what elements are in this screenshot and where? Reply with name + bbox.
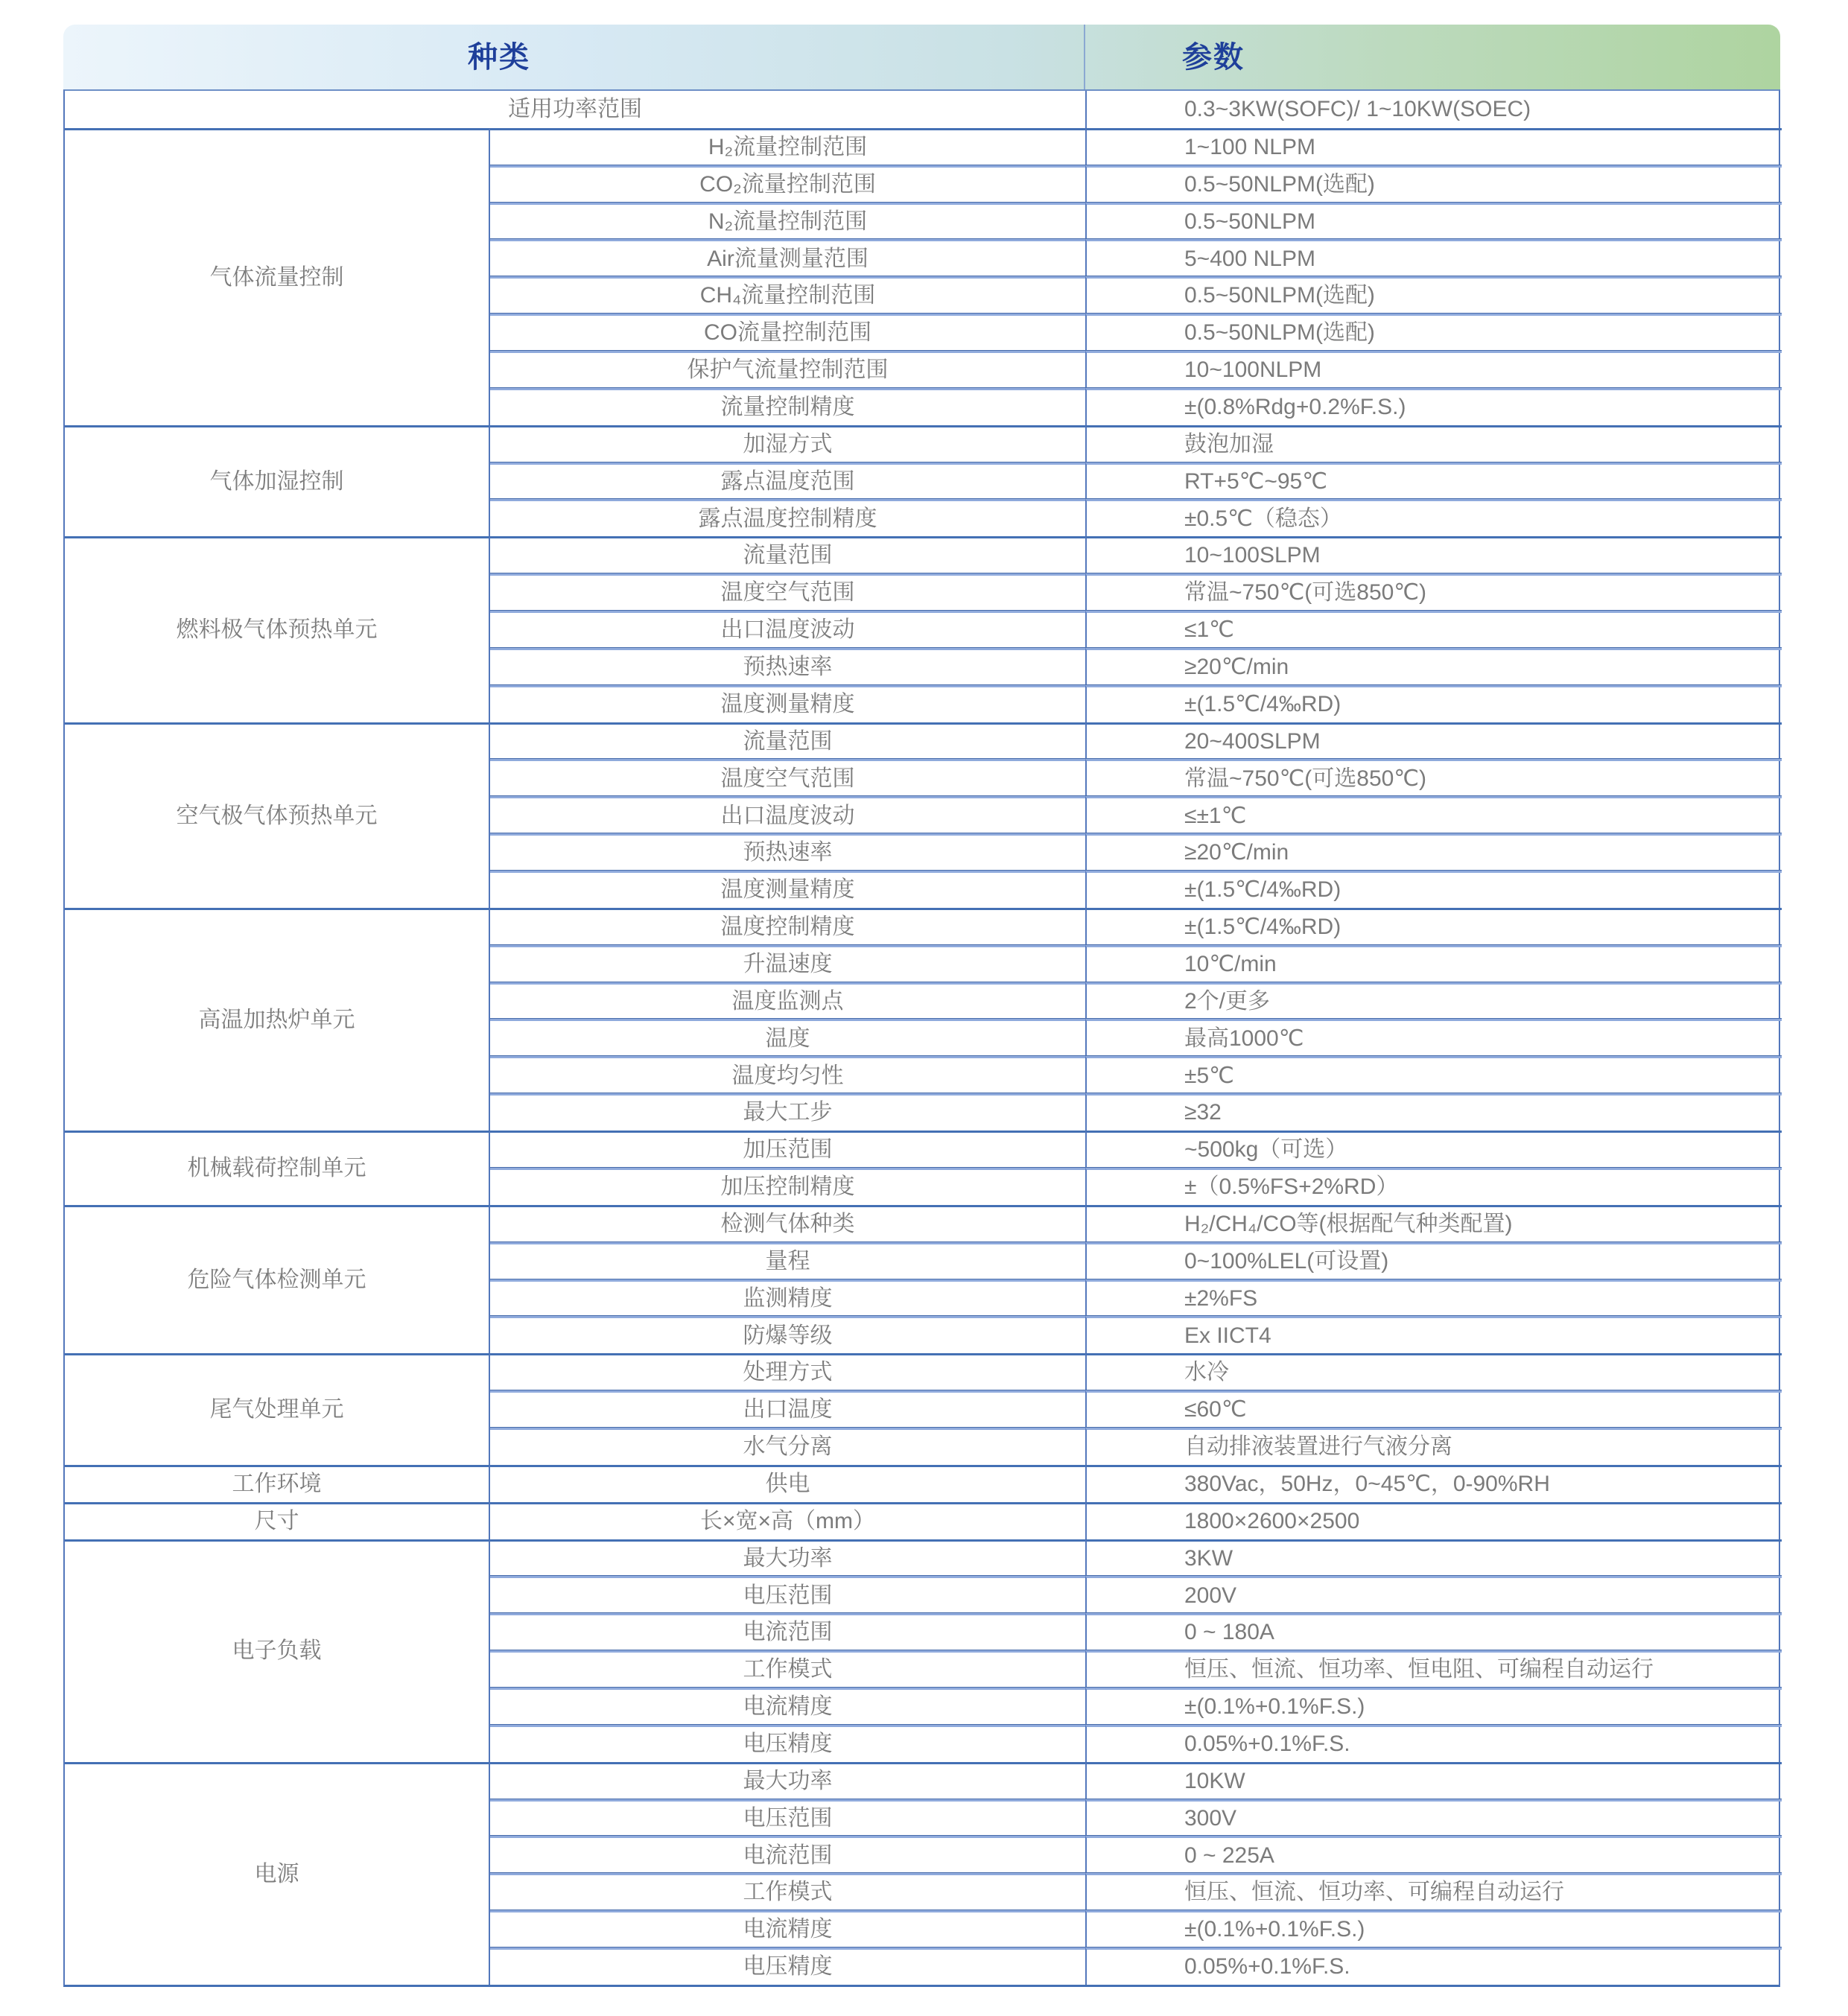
param-value-cell: 0.05%+0.1%F.S.	[1085, 1947, 1782, 1985]
param-label-cell: CH₄流量控制范围	[490, 276, 1085, 314]
category-cell: 空气极气体预热单元	[65, 722, 490, 908]
param-label-cell: N₂流量控制范围	[490, 203, 1085, 240]
param-label-cell: CO₂流量控制范围	[490, 165, 1085, 203]
param-label-cell: 电压精度	[490, 1947, 1085, 1985]
param-label-cell: 电流范围	[490, 1613, 1085, 1650]
power-range-label: 适用功率范围	[65, 91, 1085, 128]
param-label-cell: 流量范围	[490, 536, 1085, 573]
param-label-cell: 长×宽×高（mm）	[490, 1502, 1085, 1539]
param-value-cell: 常温~750℃(可选850℃)	[1085, 759, 1782, 796]
param-value-cell: RT+5℃~95℃	[1085, 462, 1782, 500]
param-label-cell: 升温速度	[490, 945, 1085, 982]
param-label-cell: 供电	[490, 1465, 1085, 1502]
param-label-cell: 加压范围	[490, 1131, 1085, 1168]
param-label-cell: 最大工步	[490, 1093, 1085, 1131]
param-label-cell: 露点温度控制精度	[490, 499, 1085, 536]
param-label-cell: 出口温度波动	[490, 611, 1085, 648]
table-header-params: 参数	[1084, 25, 1780, 89]
param-label-cell: 加湿方式	[490, 425, 1085, 462]
category-cell: 工作环境	[65, 1465, 490, 1502]
param-label-cell: 电压精度	[490, 1725, 1085, 1762]
param-value-cell: ±(1.5℃/4‰RD)	[1085, 871, 1782, 908]
param-value-cell: ≤1℃	[1085, 611, 1782, 648]
param-label-cell: 流量控制精度	[490, 388, 1085, 425]
category-cell: 电源	[65, 1762, 490, 1985]
param-value-cell: 0.5~50NLPM(选配)	[1085, 276, 1782, 314]
param-label-cell: 水气分离	[490, 1428, 1085, 1465]
param-value-cell: 自动排液装置进行气液分离	[1085, 1428, 1782, 1465]
param-value-cell: 3KW	[1085, 1539, 1782, 1577]
param-label-cell: 露点温度范围	[490, 462, 1085, 500]
param-value-cell: ±(0.1%+0.1%F.S.)	[1085, 1910, 1782, 1947]
param-value-cell: ±2%FS	[1085, 1279, 1782, 1317]
param-value-cell: 0.5~50NLPM(选配)	[1085, 165, 1782, 203]
param-label-cell: 监测精度	[490, 1279, 1085, 1317]
param-label-cell: 电压范围	[490, 1799, 1085, 1837]
param-value-cell: 0.5~50NLPM	[1085, 203, 1782, 240]
param-label-cell: 出口温度波动	[490, 796, 1085, 833]
category-cell: 高温加热炉单元	[65, 908, 490, 1131]
param-label-cell: 温度空气范围	[490, 573, 1085, 611]
param-value-cell: Ex IICT4	[1085, 1316, 1782, 1353]
param-label-cell: 处理方式	[490, 1353, 1085, 1390]
param-label-cell: 温度测量精度	[490, 871, 1085, 908]
param-value-cell: 最高1000℃	[1085, 1019, 1782, 1056]
param-value-cell: 恒压、恒流、恒功率、恒电阻、可编程自动运行	[1085, 1650, 1782, 1688]
param-value-cell: 恒压、恒流、恒功率、可编程自动运行	[1085, 1873, 1782, 1910]
category-cell: 气体流量控制	[65, 128, 490, 425]
param-value-cell: 常温~750℃(可选850℃)	[1085, 573, 1782, 611]
param-value-cell: 0 ~ 225A	[1085, 1836, 1782, 1873]
param-label-cell: 保护气流量控制范围	[490, 351, 1085, 388]
param-value-cell: ≥32	[1085, 1093, 1782, 1131]
param-label-cell: 出口温度	[490, 1390, 1085, 1428]
param-value-cell: 1~100 NLPM	[1085, 128, 1782, 165]
param-value-cell: ≥20℃/min	[1085, 648, 1782, 685]
param-value-cell: 2个/更多	[1085, 982, 1782, 1020]
param-label-cell: 电流精度	[490, 1910, 1085, 1947]
param-value-cell: ≤±1℃	[1085, 796, 1782, 833]
param-value-cell: 1800×2600×2500	[1085, 1502, 1782, 1539]
param-label-cell: Air流量测量范围	[490, 239, 1085, 276]
param-label-cell: 温度均匀性	[490, 1056, 1085, 1093]
param-label-cell: 最大功率	[490, 1762, 1085, 1799]
param-value-cell: ±(0.1%+0.1%F.S.)	[1085, 1688, 1782, 1725]
param-value-cell: ≤60℃	[1085, 1390, 1782, 1428]
param-value-cell: ≥20℃/min	[1085, 833, 1782, 871]
param-value-cell: ±（0.5%FS+2%RD）	[1085, 1168, 1782, 1205]
param-value-cell: 380Vac，50Hz，0~45℃，0-90%RH	[1085, 1465, 1782, 1502]
param-value-cell: 鼓泡加湿	[1085, 425, 1782, 462]
category-cell: 燃料极气体预热单元	[65, 536, 490, 722]
param-value-cell: 200V	[1085, 1576, 1782, 1613]
param-label-cell: 工作模式	[490, 1873, 1085, 1910]
spec-table: 种类 参数 适用功率范围0.3~3KW(SOFC)/ 1~10KW(SOEC)气…	[63, 25, 1780, 1987]
param-value-cell: ±5℃	[1085, 1056, 1782, 1093]
param-label-cell: 温度测量精度	[490, 685, 1085, 722]
param-value-cell: 0.5~50NLPM(选配)	[1085, 314, 1782, 351]
param-value-cell: ±0.5℃（稳态）	[1085, 499, 1782, 536]
param-label-cell: 温度	[490, 1019, 1085, 1056]
param-value-cell: 水冷	[1085, 1353, 1782, 1390]
category-cell: 危险气体检测单元	[65, 1205, 490, 1353]
param-label-cell: 工作模式	[490, 1650, 1085, 1688]
category-cell: 电子负载	[65, 1539, 490, 1762]
param-value-cell: ±(1.5℃/4‰RD)	[1085, 685, 1782, 722]
param-value-cell: 10~100NLPM	[1085, 351, 1782, 388]
category-cell: 尺寸	[65, 1502, 490, 1539]
param-value-cell: 5~400 NLPM	[1085, 239, 1782, 276]
param-value-cell: ±(1.5℃/4‰RD)	[1085, 908, 1782, 945]
param-label-cell: 预热速率	[490, 648, 1085, 685]
param-value-cell: H₂/CH₄/CO等(根据配气种类配置)	[1085, 1205, 1782, 1242]
param-label-cell: 电流范围	[490, 1836, 1085, 1873]
table-header-category: 种类	[63, 25, 1084, 89]
param-label-cell: 加压控制精度	[490, 1168, 1085, 1205]
param-label-cell: 流量范围	[490, 722, 1085, 760]
param-value-cell: 10℃/min	[1085, 945, 1782, 982]
param-label-cell: 检测气体种类	[490, 1205, 1085, 1242]
param-value-cell: 0.05%+0.1%F.S.	[1085, 1725, 1782, 1762]
param-value-cell: 0 ~ 180A	[1085, 1613, 1782, 1650]
param-label-cell: 电压范围	[490, 1576, 1085, 1613]
param-value-cell: 300V	[1085, 1799, 1782, 1837]
category-cell: 尾气处理单元	[65, 1353, 490, 1465]
param-label-cell: 预热速率	[490, 833, 1085, 871]
table-header-row: 种类 参数	[63, 25, 1780, 89]
param-label-cell: 温度监测点	[490, 982, 1085, 1020]
param-label-cell: 防爆等级	[490, 1316, 1085, 1353]
param-value-cell: ±(0.8%Rdg+0.2%F.S.)	[1085, 388, 1782, 425]
param-value-cell: 0~100%LEL(可设置)	[1085, 1242, 1782, 1279]
param-label-cell: 量程	[490, 1242, 1085, 1279]
param-label-cell: CO流量控制范围	[490, 314, 1085, 351]
power-range-value: 0.3~3KW(SOFC)/ 1~10KW(SOEC)	[1085, 91, 1782, 128]
category-cell: 气体加湿控制	[65, 425, 490, 537]
param-label-cell: 温度控制精度	[490, 908, 1085, 945]
param-value-cell: 20~400SLPM	[1085, 722, 1782, 760]
param-value-cell: 10KW	[1085, 1762, 1782, 1799]
param-label-cell: 电流精度	[490, 1688, 1085, 1725]
param-value-cell: 10~100SLPM	[1085, 536, 1782, 573]
table-body: 适用功率范围0.3~3KW(SOFC)/ 1~10KW(SOEC)气体流量控制H…	[63, 89, 1780, 1987]
param-label-cell: 温度空气范围	[490, 759, 1085, 796]
param-label-cell: 最大功率	[490, 1539, 1085, 1577]
param-label-cell: H₂流量控制范围	[490, 128, 1085, 165]
param-value-cell: ~500kg（可选）	[1085, 1131, 1782, 1168]
category-cell: 机械载荷控制单元	[65, 1131, 490, 1205]
